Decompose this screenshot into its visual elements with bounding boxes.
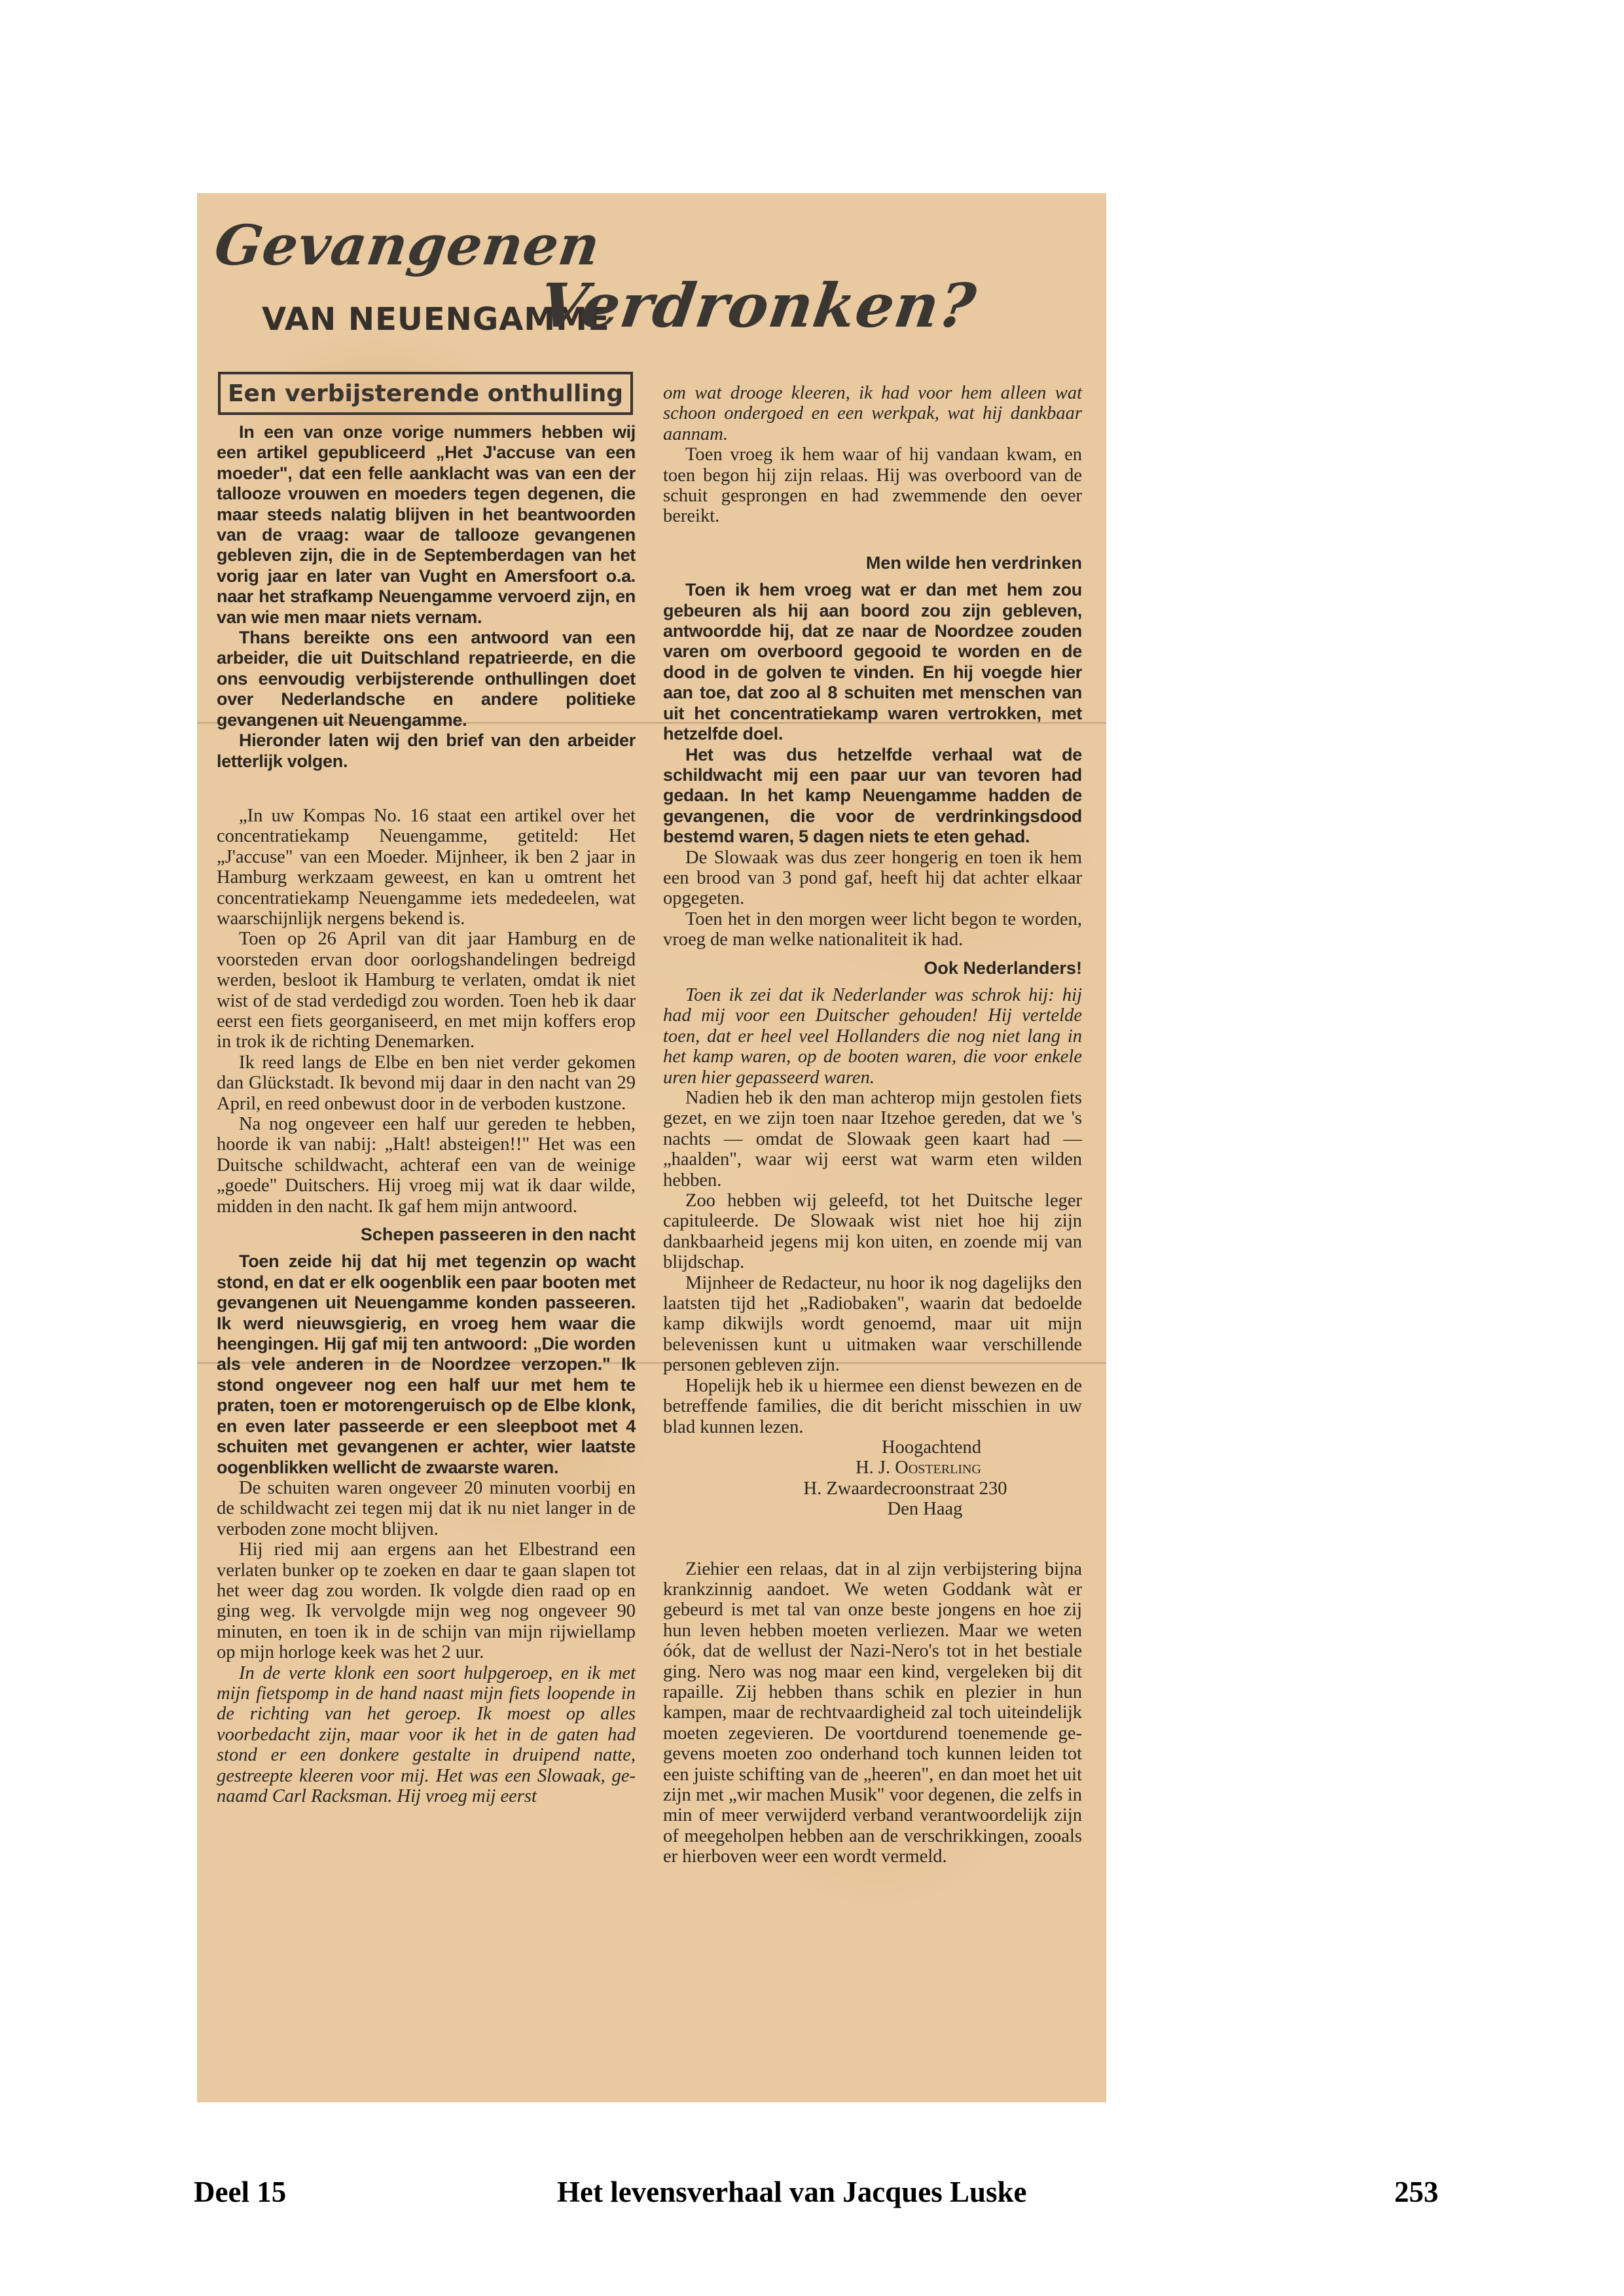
intro-section: In een van onze vorige nummers hebben wi… <box>217 422 636 772</box>
signature-name: H. J. Oosterling <box>663 1458 1082 1478</box>
letter-paragraph: Toen vroeg ik hem waar of hij vandaan kw… <box>663 444 1082 527</box>
letter-paragraph: Hopelijk heb ik u hiermee een dienst be­… <box>663 1376 1082 1437</box>
letter-paragraph: Ik reed langs de Elbe en ben niet verder… <box>217 1052 636 1114</box>
bold-paragraph: Toen zeide hij dat hij met tegenzin op w… <box>217 1251 636 1477</box>
letter-paragraph: „In uw Kompas No. 16 staat een artikel o… <box>217 806 636 929</box>
subheading-nederlanders: Ook Nederlanders! <box>663 958 1082 978</box>
italic-continuation: om wat drooge kleeren, ik had voor hem a… <box>663 383 1082 444</box>
letter-paragraph: Toen het in den morgen weer licht begon … <box>663 909 1082 950</box>
letter-paragraph: De Slowaak was dus zeer hongerig en toen… <box>663 848 1082 909</box>
signature-city: Den Haag <box>663 1499 1082 1519</box>
italic-paragraph: Toen ik zei dat ik Nederlander was schro… <box>663 985 1082 1088</box>
right-column: om wat drooge kleeren, ik had voor hem a… <box>663 383 1082 1867</box>
letter-paragraph: Zoo hebben wij geleefd, tot het Duitsche… <box>663 1191 1082 1273</box>
headline-line-1: Gevangenen <box>211 213 604 278</box>
letter-paragraph: Toen op 26 April van dit jaar Hamburg en… <box>217 929 636 1052</box>
intro-paragraph: In een van onze vorige nummers hebben wi… <box>217 422 636 628</box>
footer-book-title: Het levensverhaal van Jacques Luske <box>557 2175 1027 2209</box>
letter-paragraph: Hij ried mij aan ergens aan het Elbestra… <box>217 1539 636 1662</box>
bold-paragraph: Toen ik hem vroeg wat er dan met hem zou… <box>663 580 1082 744</box>
letter-paragraph: Na nog ongeveer een half uur gereden te … <box>217 1114 636 1217</box>
boxed-subtitle: Een verbijsterende onthulling <box>218 372 633 415</box>
intro-paragraph: Hieronder laten wij den brief van den ar… <box>217 730 636 772</box>
signature-closing: Hoogachtend <box>663 1437 1082 1458</box>
bold-paragraph: Het was dus hetzelfde verhaal wat de sch… <box>663 745 1082 848</box>
newspaper-clipping: Gevangenen VAN NEUENGAMME Verdronken? Ee… <box>197 193 1106 2102</box>
footer-page-number: 253 <box>1394 2175 1439 2209</box>
intro-paragraph: Thans bereikte ons een antwoord van een … <box>217 628 636 730</box>
footer-part-label: Deel 15 <box>194 2175 286 2209</box>
subheading-verdrinken: Men wilde hen verdrinken <box>663 553 1082 573</box>
letter-paragraph: Mijnheer de Redacteur, nu hoor ik nog da… <box>663 1273 1082 1376</box>
subheading-schepen: Schepen passeeren in den nacht <box>217 1225 636 1245</box>
italic-paragraph: In de verte klonk een soort hulpgeroep, … <box>217 1663 636 1807</box>
section-gap <box>217 772 636 806</box>
headline-line-3: Verdronken? <box>535 270 980 341</box>
signature-address: H. Zwaardecroonstraat 230 <box>663 1479 1082 1499</box>
section-gap <box>663 1520 1082 1559</box>
letter-paragraph: Nadien heb ik den man achterop mijn ge­s… <box>663 1088 1082 1191</box>
editorial-closing-paragraph: Ziehier een relaas, dat in al zijn verbi… <box>663 1559 1082 1867</box>
left-column: In een van onze vorige nummers hebben wi… <box>217 422 636 1806</box>
letter-paragraph: De schuiten waren ongeveer 20 minuten vo… <box>217 1478 636 1539</box>
